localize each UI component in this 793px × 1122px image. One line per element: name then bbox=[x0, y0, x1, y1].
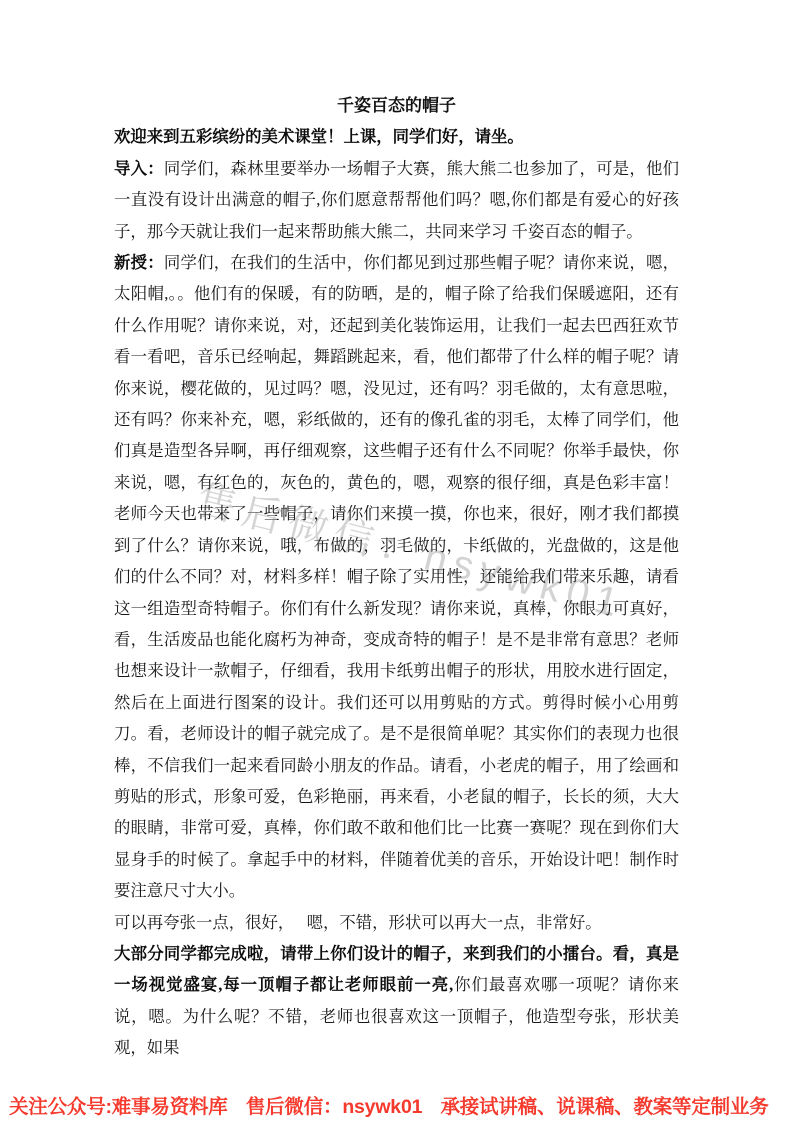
bold-run: 大部分同学都完成啦，请带上你们设计的帽子，来到我们的小擂台。看，真是一场视觉盛宴… bbox=[114, 944, 679, 994]
footer-aftersale-wechat: 售后微信：nsywk01 bbox=[246, 1096, 422, 1118]
document-body: 千姿百态的帽子 欢迎来到五彩缤纷的美术课堂！上课，同学们好，请坐。导入：同学们，… bbox=[114, 90, 679, 1064]
paragraphs-container: 欢迎来到五彩缤纷的美术课堂！上课，同学们好，请坐。导入：同学们，森林里要举办一场… bbox=[114, 121, 679, 1063]
bold-run: 欢迎来到五彩缤纷的美术课堂！上课，同学们好，请坐。 bbox=[114, 127, 524, 146]
footer-wechat-account: 关注公众号:难事易资料库 bbox=[9, 1096, 228, 1118]
footer-services: 承接试讲稿、说课稿、教案等定制业务 bbox=[440, 1096, 768, 1118]
paragraph: 可以再夸张一点，很好， 嗯，不错，形状可以再大一点，非常好。 bbox=[114, 907, 679, 938]
bold-run: 新授： bbox=[114, 253, 164, 272]
paragraph: 欢迎来到五彩缤纷的美术课堂！上课，同学们好，请坐。 bbox=[114, 121, 679, 152]
paragraph: 导入：同学们，森林里要举办一场帽子大赛，熊大熊二也参加了，可是，他们一直没有设计… bbox=[114, 153, 679, 247]
paragraph: 大部分同学都完成啦，请带上你们设计的帽子，来到我们的小擂台。看，真是一场视觉盛宴… bbox=[114, 938, 679, 1064]
document-page: 千姿百态的帽子 欢迎来到五彩缤纷的美术课堂！上课，同学们好，请坐。导入：同学们，… bbox=[0, 0, 793, 1122]
bold-run: 导入： bbox=[114, 159, 164, 178]
page-title: 千姿百态的帽子 bbox=[114, 90, 679, 121]
footer-promo: 关注公众号:难事易资料库 售后微信：nsywk01 承接试讲稿、说课稿、教案等定… bbox=[9, 1091, 769, 1119]
paragraph: 新授：同学们，在我们的生活中，你们都见到过那些帽子呢？请你来说，嗯，太阳帽,。。… bbox=[114, 247, 679, 907]
